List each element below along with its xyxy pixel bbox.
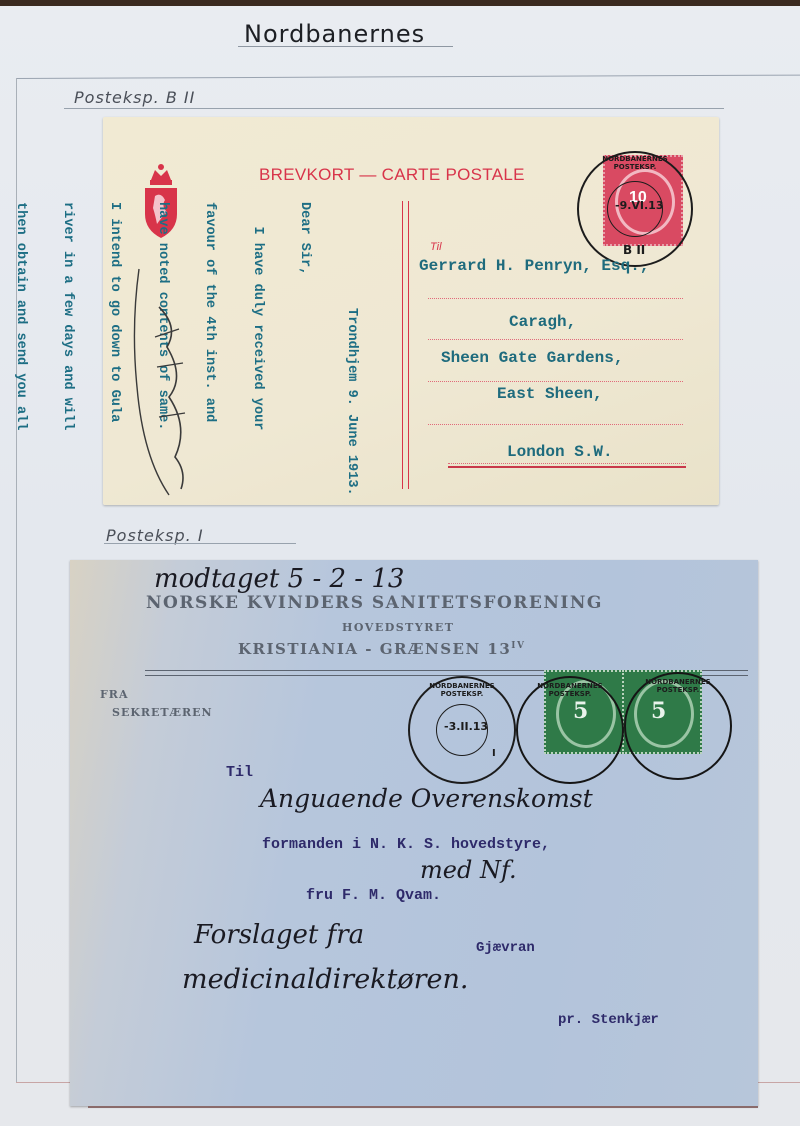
address-line: Gerrard H. Penryn, Esq., [419, 257, 649, 275]
guide-line [64, 108, 724, 109]
postmark-office: B II [623, 243, 645, 257]
letterhead-address-text: KRISTIANIA - GRÆNSEN 13 [238, 640, 511, 658]
envelope-bottom-edge [88, 1106, 758, 1108]
handwritten-line: Forslaget fra [194, 920, 364, 950]
postmark-ring-text: NORDBANERNES POSTEKSP. [520, 682, 620, 698]
handwritten-line: Anguaende Overenskomst [260, 784, 593, 813]
address-til: Til [226, 764, 253, 781]
typed-letter: Trondhjem 9. June 1913. Dear Sir, I have… [231, 202, 391, 507]
postmark-ring-text: NORDBANERNES POSTEKSP. [583, 155, 687, 171]
postmark-ring-text: NORDBANERNES POSTEKSP. [412, 682, 512, 698]
address-line: East Sheen, [497, 385, 603, 403]
letter-line: favour of the 4th inst. and [201, 202, 217, 507]
received-note: modtaget 5 - 2 - 13 [154, 564, 404, 594]
postcard-divider [402, 201, 409, 489]
signature-icon [129, 267, 199, 497]
postmark-b2: -9.VI.13 B II NORDBANERNES POSTEKSP. [577, 151, 693, 267]
postmark-3: NORDBANERNES POSTEKSP. [624, 672, 732, 780]
address-line: fru F. M. Qvam. [306, 887, 441, 904]
address-line: Gjævran [476, 940, 535, 956]
letterhead-dept: HOVEDSTYRET [342, 621, 454, 634]
letter-line: then obtain and send you all [12, 202, 28, 507]
section-label-b2: Posteksp. B II [74, 88, 195, 107]
address-line: Caragh, [509, 313, 576, 331]
envelope: modtaget 5 - 2 - 13 NORSKE KVINDERS SANI… [70, 560, 758, 1106]
letter-line: river in a few days and will [59, 202, 75, 507]
letter-line: I intend to go down to Gula [107, 202, 123, 507]
postcard-heading: BREVKORT — CARTE POSTALE [259, 165, 525, 185]
address-line: London S.W. [507, 443, 613, 461]
address-rule [428, 381, 683, 382]
letter-line: Trondhjem 9. June 1913. [344, 202, 360, 507]
postmark-ring-text: NORDBANERNES POSTEKSP. [628, 678, 728, 694]
address-rule [428, 298, 683, 299]
handwritten-line: med Nf. [420, 856, 517, 884]
postcard: BREVKORT — CARTE POSTALE Trondhjem 9. Ju… [103, 117, 719, 505]
postmark-office: I [492, 748, 496, 759]
address-rule [428, 339, 683, 340]
postmark-1: -3.II.13 NORDBANERNES POSTEKSP. I [408, 676, 516, 784]
til-label: Til [430, 241, 442, 253]
letterhead-address-sup: IV [511, 641, 525, 651]
handwritten-line: medicinaldirektøren. [182, 964, 469, 995]
postmark-date: -9.VI.13 [615, 199, 664, 212]
title-underline [238, 46, 453, 47]
address-line: formanden i N. K. S. hovedstyre, [262, 836, 550, 853]
address-line: Sheen Gate Gardens, [441, 349, 623, 367]
postmark-2: NORDBANERNES POSTEKSP. [516, 676, 624, 784]
letter-line: I have duly received your [249, 202, 265, 507]
page-title: Nordbanernes [244, 20, 425, 48]
letterhead-address: KRISTIANIA - GRÆNSEN 13IV [238, 640, 525, 658]
sender-title: SEKRETÆREN [112, 706, 213, 719]
sender-from: FRA [100, 688, 129, 701]
frame-line-top [16, 75, 800, 79]
guide-line [104, 543, 296, 544]
address-line: pr. Stenkjær [558, 1012, 659, 1028]
letter-line: Dear Sir, [296, 202, 312, 507]
postmark-date: -3.II.13 [444, 720, 488, 733]
address-rule-final [448, 463, 686, 468]
letterhead-org: NORSKE KVINDERS SANITETSFORENING [146, 593, 603, 613]
address-rule [428, 424, 683, 425]
